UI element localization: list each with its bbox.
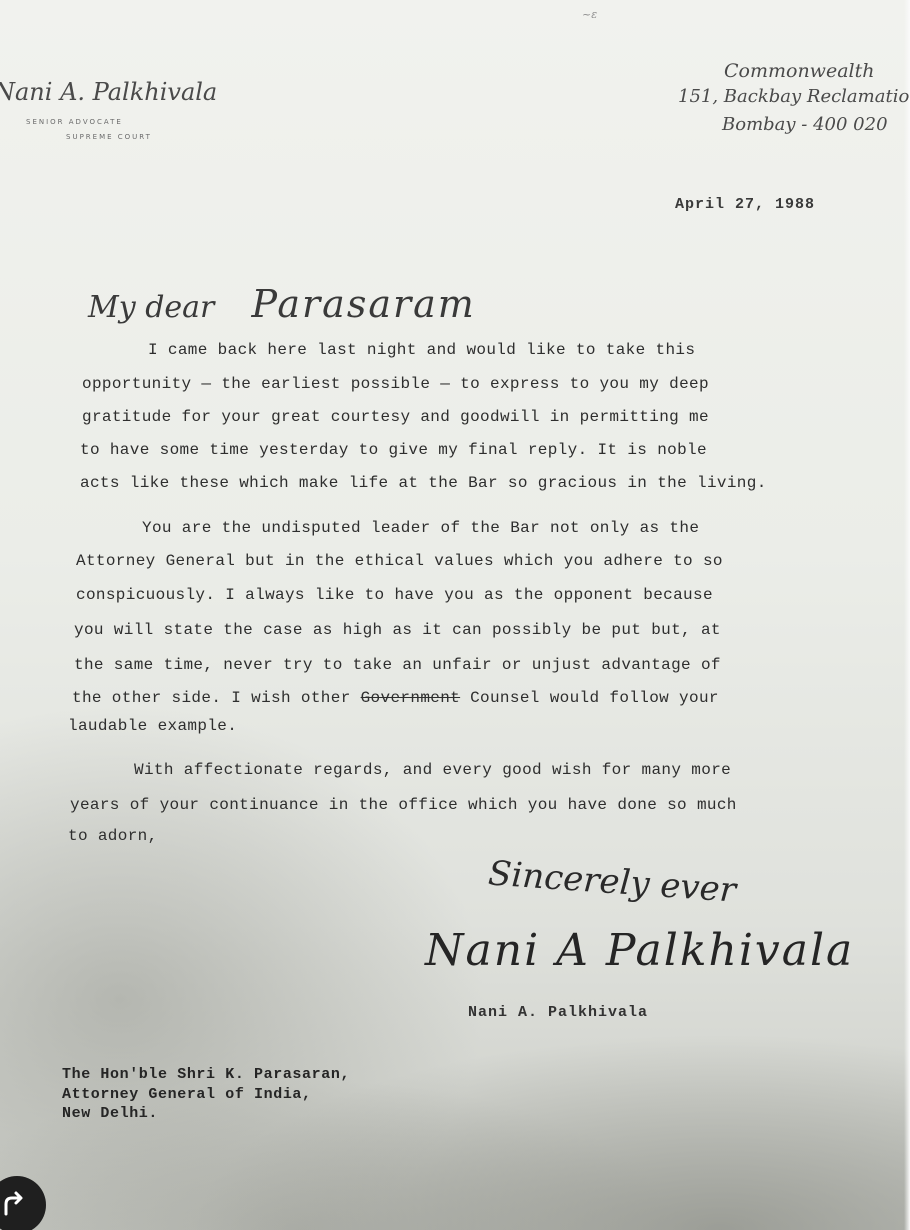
body-line: With affectionate regards, and every goo…	[134, 760, 731, 780]
body-line: laudable example.	[68, 716, 237, 736]
body-line: I came back here last night and would li…	[148, 340, 695, 360]
letterhead-name: Nani A. Palkhivala	[0, 78, 217, 106]
letterhead-address-line3: Bombay - 400 020	[722, 114, 888, 135]
body-line: You are the undisputed leader of the Bar…	[142, 518, 699, 538]
body-line: Attorney General but in the ethical valu…	[76, 551, 723, 571]
letterhead-address-line2: 151, Backbay Reclamation	[678, 86, 910, 107]
body-line: the other side. I wish other Government …	[72, 688, 719, 708]
body-line: to adorn,	[68, 826, 158, 846]
body-line: conspicuously. I always like to have you…	[76, 585, 713, 605]
salutation-name: Parasaram	[251, 282, 475, 326]
body-line: opportunity — the earliest possible — to…	[82, 374, 709, 394]
addressee-line: Attorney General of India,	[62, 1086, 312, 1103]
salutation: My dear Parasaram	[88, 282, 476, 326]
top-mark: ~ɛ	[582, 8, 597, 21]
body-line: acts like these which make life at the B…	[80, 473, 767, 493]
addressee-line: New Delhi.	[62, 1105, 158, 1122]
handwritten-signature: Nani A Palkhivala	[425, 925, 854, 976]
body-line: the same time, never try to take an unfa…	[74, 655, 721, 675]
letterhead-title-line2: SUPREME COURT	[66, 133, 152, 141]
letterhead-title-line1: SENIOR ADVOCATE	[26, 118, 123, 126]
letterhead-address-line1: Commonwealth	[724, 60, 874, 82]
addressee-line: The Hon'ble Shri K. Parasaran,	[62, 1066, 350, 1083]
salutation-prefix: My dear	[88, 290, 214, 325]
body-text: Counsel would follow your	[460, 689, 719, 707]
body-line: gratitude for your great courtesy and go…	[82, 407, 709, 427]
letter-page: ~ɛ Nani A. Palkhivala SENIOR ADVOCATE SU…	[0, 0, 910, 1230]
body-line: you will state the case as high as it ca…	[74, 620, 721, 640]
body-line: to have some time yesterday to give my f…	[80, 440, 707, 460]
page-edge	[904, 0, 910, 1230]
struck-text: Government	[361, 689, 461, 707]
share-icon	[0, 1188, 30, 1218]
body-text: the other side. I wish other	[72, 689, 361, 707]
letter-date: April 27, 1988	[675, 196, 815, 213]
body-line: years of your continuance in the office …	[70, 795, 737, 815]
typed-signatory-name: Nani A. Palkhivala	[468, 1004, 648, 1021]
handwritten-signoff: Sincerely ever	[487, 853, 737, 910]
share-button[interactable]	[0, 1176, 46, 1230]
